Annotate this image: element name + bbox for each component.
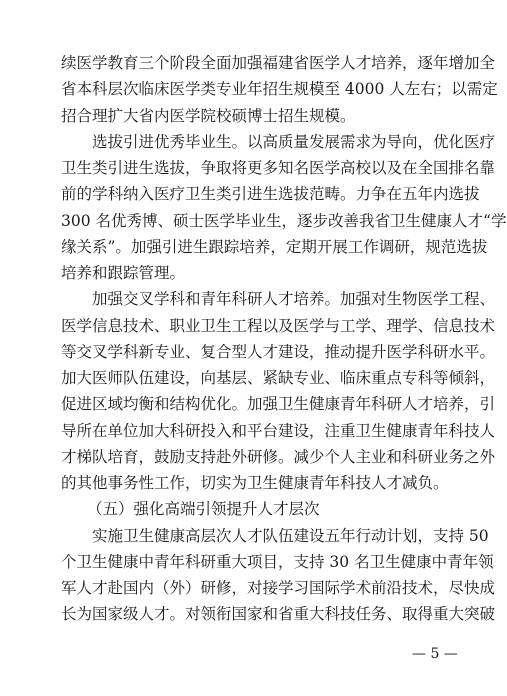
body-text-line: 军人才赴国内（外）研修，对接学习国际学术前沿技术，尽快成 [61, 575, 453, 601]
paragraph-lead-line: 选拔引进优秀毕业生。以高质量发展需求为导向，优化医疗 [61, 129, 453, 155]
body-text-line: 个卫生健康中青年科研重大项目，支持 30 名卫生健康中青年领 [61, 549, 453, 575]
document-page: 续医学教育三个阶段全面加强福建省医学人才培养，逐年增加全 省本科层次临床医学类专… [61, 50, 453, 628]
body-text-line: 医学信息技术、职业卫生工程以及医学与工学、理学、信息技术 [61, 313, 453, 339]
page-number: — 5 — [412, 646, 458, 662]
body-text-line: 导所在单位加大科研投入和平台建设，注重卫生健康青年科技人 [61, 418, 453, 444]
section-heading: （五）强化高端引领提升人才层次 [61, 496, 453, 522]
body-text-line: 卫生类引进生选拔，争取将更多知名医学高校以及在全国排名靠 [61, 155, 453, 181]
body-text-line: 省本科层次临床医学类专业年招生规模至 4000 人左右；以需定 [61, 76, 453, 102]
body-text-line: 加大医师队伍建设，向基层、紧缺专业、临床重点专科等倾斜， [61, 365, 453, 391]
body-text-line: 招合理扩大省内医学院校硕博士招生规模。 [61, 103, 453, 129]
body-text-line: 续医学教育三个阶段全面加强福建省医学人才培养，逐年增加全 [61, 50, 453, 76]
paragraph-lead-line: 实施卫生健康高层次人才队伍建设五年行动计划，支持 50 [61, 523, 453, 549]
body-text-line: 才梯队培育，鼓励支持赴外研修。减少个人主业和科研业务之外 [61, 444, 453, 470]
body-text-line: 促进区域均衡和结构优化。加强卫生健康青年科研人才培养，引 [61, 391, 453, 417]
body-text-line: 前的学科纳入医疗卫生类引进生选拔范畴。力争在五年内选拔 [61, 181, 453, 207]
body-text-line: 培养和跟踪管理。 [61, 260, 453, 286]
body-text-line: 的其他事务性工作，切实为卫生健康青年科技人才减负。 [61, 470, 453, 496]
body-text-line: 缘关系”。加强引进生跟踪培养，定期开展工作调研，规范选拔 [61, 234, 453, 260]
body-text-line: 等交叉学科新专业、复合型人才建设，推动提升医学科研水平。 [61, 339, 453, 365]
paragraph-lead-line: 加强交叉学科和青年科研人才培养。加强对生物医学工程、 [61, 286, 453, 312]
body-text-line: 长为国家级人才。对领衔国家和省重大科技任务、取得重大突破 [61, 601, 453, 627]
body-text-line: 300 名优秀博、硕士医学毕业生，逐步改善我省卫生健康人才“学 [61, 208, 453, 234]
